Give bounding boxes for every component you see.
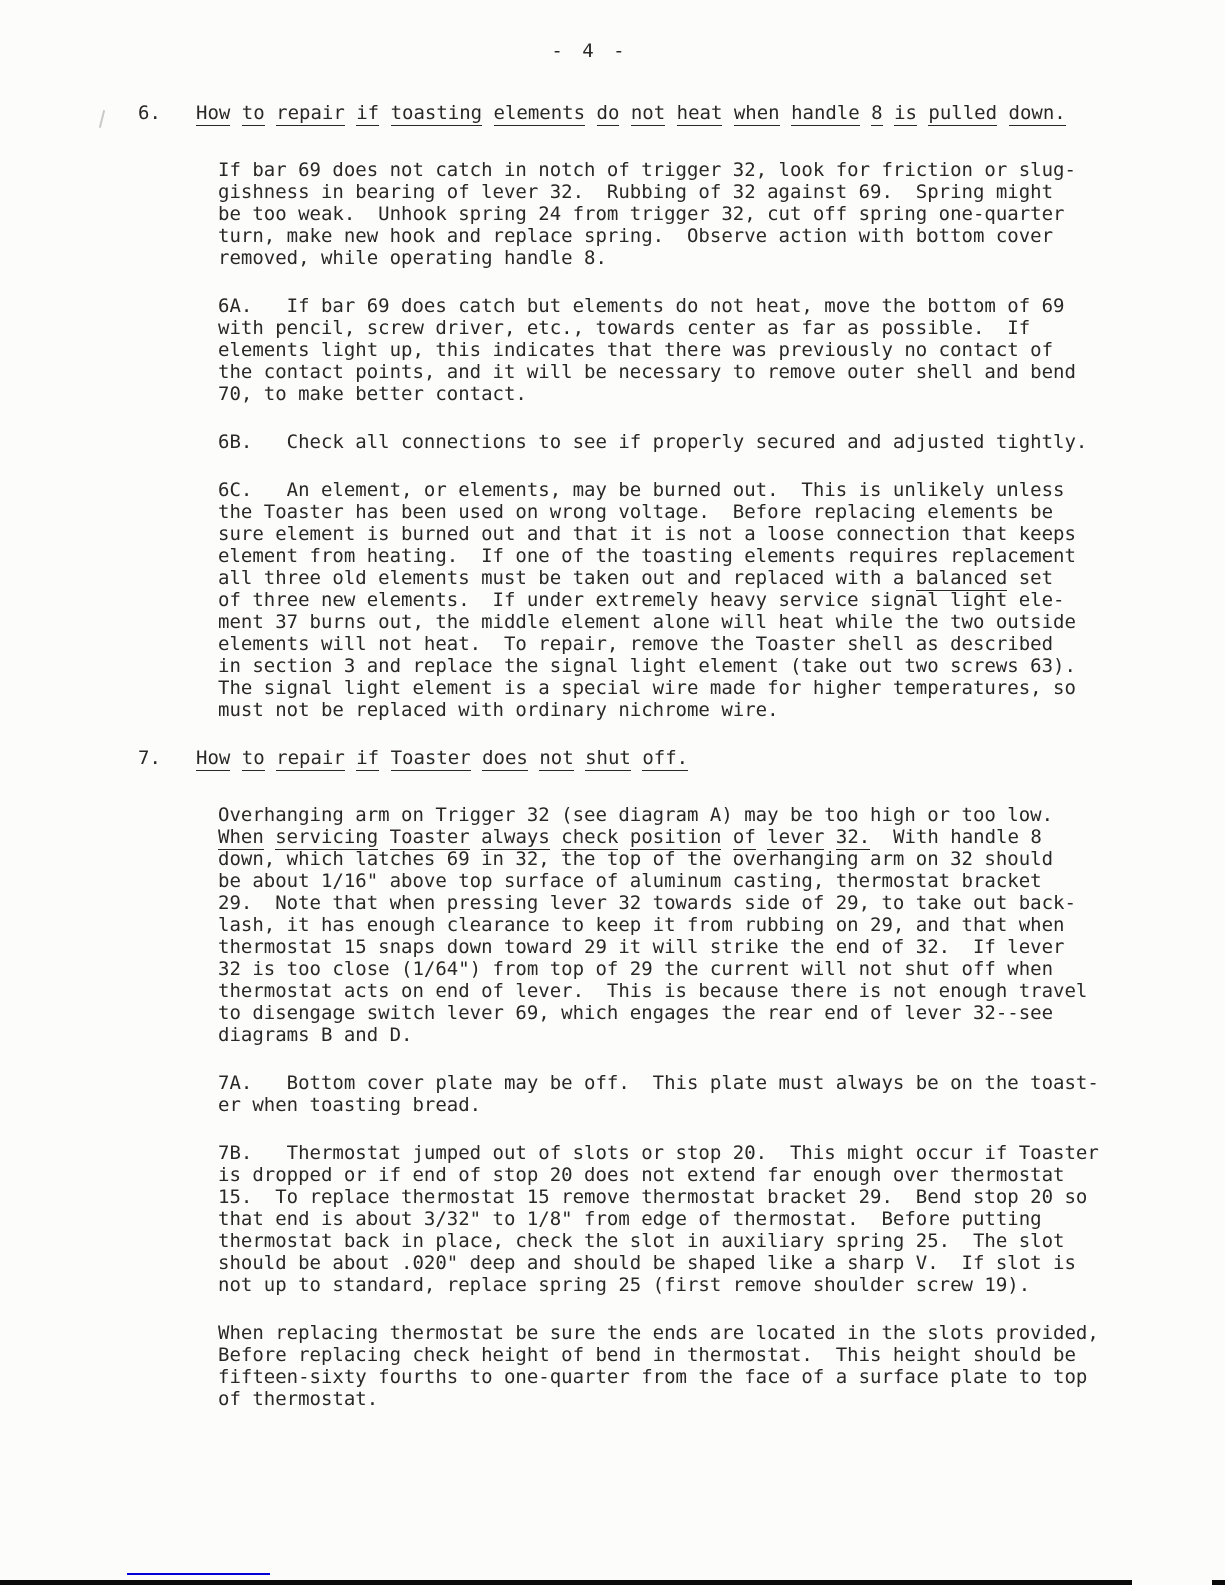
section: 7.How to repair if Toaster does not shut… <box>0 747 1225 1410</box>
section: 6.How to repair if toasting elements do … <box>0 102 1225 721</box>
text-line: 7A. Bottom cover plate may be off. This … <box>218 1072 1133 1094</box>
text-line: that end is about 3/32" to 1/8" from edg… <box>218 1208 1133 1230</box>
underlined-text: When <box>218 826 264 850</box>
text-line: removed, while operating handle 8. <box>218 247 1133 269</box>
text-line: gishness in bearing of lever 32. Rubbing… <box>218 181 1133 203</box>
text-line: in section 3 and replace the signal ligh… <box>218 655 1133 677</box>
text-line: the contact points, and it will be neces… <box>218 361 1133 383</box>
page-edge-bar <box>0 1580 1132 1585</box>
underlined-text: when <box>734 102 780 126</box>
text-line: thermostat acts on end of lever. This is… <box>218 980 1133 1002</box>
text-line: be too weak. Unhook spring 24 from trigg… <box>218 203 1133 225</box>
underlined-text: to <box>242 747 265 771</box>
text-line: with pencil, screw driver, etc., towards… <box>218 317 1133 339</box>
paragraph: 6A. If bar 69 does catch but elements do… <box>218 295 1133 405</box>
underlined-text: How <box>196 747 230 771</box>
text-line: 6A. If bar 69 does catch but elements do… <box>218 295 1133 317</box>
paragraph: When replacing thermostat be sure the en… <box>218 1322 1133 1410</box>
text-line: not up to standard, replace spring 25 (f… <box>218 1274 1133 1296</box>
paragraph: 6C. An element, or elements, may be burn… <box>218 479 1133 721</box>
text-line: thermostat 15 snaps down toward 29 it wi… <box>218 936 1133 958</box>
underlined-text: off. <box>642 747 688 771</box>
text-line: 29. Note that when pressing lever 32 tow… <box>218 892 1133 914</box>
section-number: 6. <box>138 102 161 124</box>
hyperlink-underline[interactable] <box>127 1573 270 1575</box>
text-line: must not be replaced with ordinary nichr… <box>218 699 1133 721</box>
text-line: 32 is too close (1/64") from top of 29 t… <box>218 958 1133 980</box>
text-line: lash, it has enough clearance to keep it… <box>218 914 1133 936</box>
underlined-text: pulled <box>928 102 997 126</box>
text-line: element from heating. If one of the toas… <box>218 545 1133 567</box>
underlined-text: do <box>597 102 620 126</box>
text-line: The signal light element is a special wi… <box>218 677 1133 699</box>
text-line: ment 37 burns out, the middle element al… <box>218 611 1133 633</box>
underlined-text: down. <box>1009 102 1066 126</box>
underlined-text: check <box>561 826 618 850</box>
paragraph: 6B. Check all connections to see if prop… <box>218 431 1133 453</box>
underlined-text: to <box>242 102 265 126</box>
text-line: When replacing thermostat be sure the en… <box>218 1322 1133 1344</box>
section-heading-row: 7.How to repair if Toaster does not shut… <box>0 747 1225 770</box>
underlined-text: always <box>481 826 550 850</box>
text-line: 15. To replace thermostat 15 remove ther… <box>218 1186 1133 1208</box>
section-heading-row: 6.How to repair if toasting elements do … <box>0 102 1225 125</box>
underlined-text: elements <box>494 102 586 126</box>
underlined-text: position <box>630 826 722 850</box>
text-line: be about 1/16" above top surface of alum… <box>218 870 1133 892</box>
underlined-text: servicing <box>275 826 378 850</box>
underlined-text: 32. <box>836 826 870 850</box>
text-line: er when toasting bread. <box>218 1094 1133 1116</box>
text-line: of three new elements. If under extremel… <box>218 589 1133 611</box>
text-line: 70, to make better contact. <box>218 383 1133 405</box>
paragraph: Overhanging arm on Trigger 32 (see diagr… <box>218 804 1133 1046</box>
text-line: turn, make new hook and replace spring. … <box>218 225 1133 247</box>
text-line: Before replacing check height of bend in… <box>218 1344 1133 1366</box>
section-heading: How to repair if toasting elements do no… <box>196 102 1066 124</box>
text-line: 7B. Thermostat jumped out of slots or st… <box>218 1142 1133 1164</box>
text-line: should be about .020" deep and should be… <box>218 1252 1133 1274</box>
underlined-text: How <box>196 102 230 126</box>
underlined-text: not <box>631 102 665 126</box>
page-edge-corner-mark <box>1212 1580 1225 1585</box>
paragraph: 7A. Bottom cover plate may be off. This … <box>218 1072 1133 1116</box>
section-heading: How to repair if Toaster does not shut o… <box>196 747 688 769</box>
paragraph: If bar 69 does not catch in notch of tri… <box>218 159 1133 269</box>
underlined-text: shut <box>585 747 631 771</box>
underlined-text: is <box>894 102 917 126</box>
underlined-text: repair <box>276 747 345 771</box>
underlined-text: if <box>356 102 379 126</box>
text-line: 6B. Check all connections to see if prop… <box>218 431 1133 453</box>
text-line: Overhanging arm on Trigger 32 (see diagr… <box>218 804 1133 826</box>
text-line: fifteen-sixty fourths to one-quarter fro… <box>218 1366 1133 1388</box>
paragraph: 7B. Thermostat jumped out of slots or st… <box>218 1142 1133 1296</box>
underlined-text: of <box>733 826 756 850</box>
text-line: down, which latches 69 in 32, the top of… <box>218 848 1133 870</box>
underlined-text: handle <box>791 102 860 126</box>
text-line: of thermostat. <box>218 1388 1133 1410</box>
document-body: 6.How to repair if toasting elements do … <box>0 102 1225 1436</box>
document-page: - 4 - 6.How to repair if toasting elemen… <box>0 0 1225 1585</box>
text-line: all three old elements must be taken out… <box>218 567 1133 589</box>
text-line: is dropped or if end of stop 20 does not… <box>218 1164 1133 1186</box>
section-number: 7. <box>138 747 161 769</box>
text-line: When servicing Toaster always check posi… <box>218 826 1133 848</box>
page-number: - 4 - <box>0 40 1180 62</box>
text-line: to disengage switch lever 69, which enga… <box>218 1002 1133 1024</box>
text-line: If bar 69 does not catch in notch of tri… <box>218 159 1133 181</box>
underlined-text: repair <box>276 102 345 126</box>
text-line: the Toaster has been used on wrong volta… <box>218 501 1133 523</box>
underlined-text: lever <box>767 826 824 850</box>
text-line: thermostat back in place, check the slot… <box>218 1230 1133 1252</box>
text-line: 6C. An element, or elements, may be burn… <box>218 479 1133 501</box>
text-line: sure element is burned out and that it i… <box>218 523 1133 545</box>
underlined-text: Toaster <box>390 826 470 850</box>
underlined-text: does <box>482 747 528 771</box>
text-line: elements light up, this indicates that t… <box>218 339 1133 361</box>
underlined-text: toasting <box>391 102 483 126</box>
underlined-text: not <box>539 747 573 771</box>
underlined-text: Toaster <box>391 747 471 771</box>
underlined-text: heat <box>677 102 723 126</box>
underlined-text: balanced <box>916 567 1008 591</box>
underlined-text: if <box>356 747 379 771</box>
text-line: elements will not heat. To repair, remov… <box>218 633 1133 655</box>
text-line: diagrams B and D. <box>218 1024 1133 1046</box>
underlined-text: 8 <box>871 102 882 126</box>
